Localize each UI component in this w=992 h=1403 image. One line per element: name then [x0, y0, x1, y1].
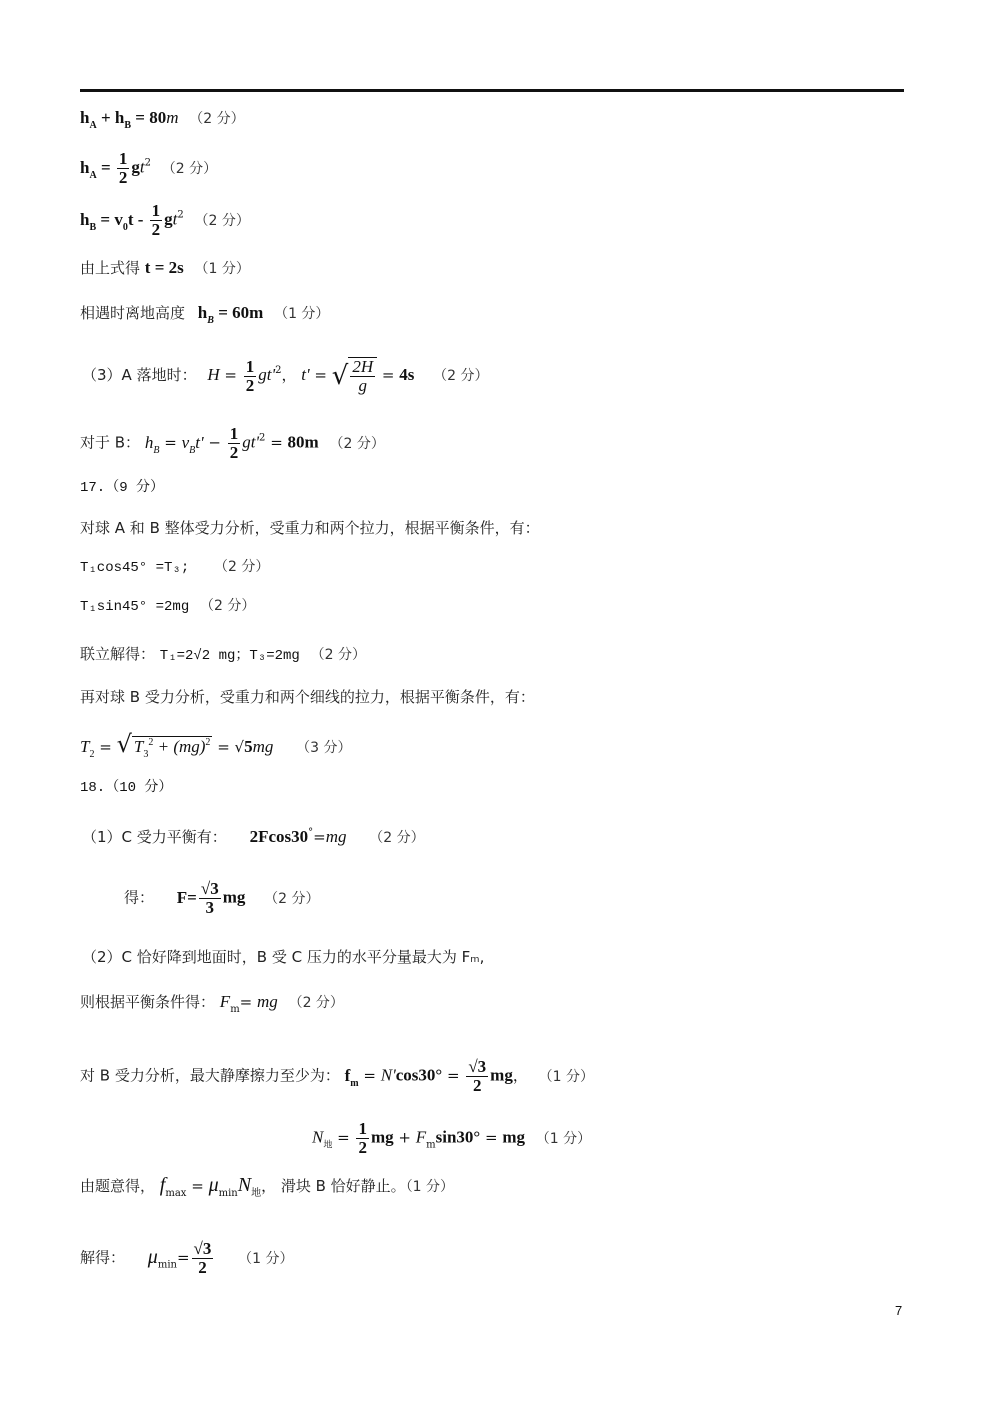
equation-line-20: 对 B 受力分析，最大静摩擦力至少为： fm = N'cos30° = √32m…	[80, 1058, 594, 1095]
text: 由上式得	[80, 259, 140, 277]
text: 由题意得，	[80, 1177, 155, 1195]
equation-line-16: （1）C 受力平衡有： 2Fcos30°=mg （2 分）	[82, 823, 425, 848]
equation-line-12: 联立解得： T₁=2√2 mg；T₃=2mg （2 分）	[80, 644, 366, 666]
score: （2 分）	[289, 995, 344, 1011]
analysis-text: （2）C 恰好降到地面时，B 受 C 压力的水平分量最大为 Fₘ,	[82, 947, 484, 967]
text: 滑块 B 恰好静止。	[281, 1177, 406, 1195]
equation: T₁cos45° =T₃;	[80, 560, 189, 576]
equation-line-19: 则根据平衡条件得： Fm= mg （2 分）	[80, 992, 344, 1020]
equation-line-5: 相遇时离地高度 hB = 60m （1 分）	[80, 303, 329, 331]
page-number: 7	[895, 1303, 902, 1318]
equation-line-21: N地 = 12mg + Fmsin30° = mg （1 分）	[312, 1120, 591, 1157]
score: （2 分）	[162, 161, 217, 177]
equation-line-11: T₁sin45° =2mg （2 分）	[80, 595, 255, 617]
score: （1 分）	[536, 1131, 591, 1147]
score: （2 分）	[214, 559, 269, 575]
score: （2 分）	[311, 647, 366, 663]
equation-line-1: hA + hB = 80m （2 分）	[80, 108, 245, 136]
score: （1 分）	[195, 261, 250, 277]
score: （1 分）	[274, 306, 329, 322]
score: （2 分）	[200, 598, 255, 614]
text: 相遇时离地高度	[80, 304, 185, 322]
score: （2 分）	[264, 891, 319, 907]
text: 联立解得：	[80, 645, 155, 663]
score: （1 分）	[539, 1069, 594, 1085]
equation-line-4: 由上式得 t = 2s （1 分）	[80, 258, 250, 279]
text: 对于 B：	[80, 434, 140, 452]
score: （3 分）	[296, 740, 351, 756]
equation: T₁=2√2 mg；T₃=2mg	[160, 648, 300, 664]
equation-line-22: 由题意得， fmax = μminN地， 滑块 B 恰好静止。（1 分）	[80, 1175, 454, 1204]
text: （3）A 落地时：	[82, 366, 197, 384]
score: （2 分）	[433, 368, 488, 384]
equation-line-14: T2 = √T32 + (mg)2 = √5mg （3 分）	[80, 733, 352, 765]
equation-line-10: T₁cos45° =T₃; （2 分）	[80, 556, 269, 578]
header-rule	[80, 89, 904, 92]
score: （2 分）	[369, 830, 424, 846]
equation-line-17: 得： F=√33mg （2 分）	[124, 880, 320, 917]
question-18-header: 18.（10 分）	[80, 778, 172, 798]
equation-line-7: 对于 B： hB = vBt' − 12gt'2 = 80m （2 分）	[80, 425, 385, 462]
score: （2 分）	[189, 111, 244, 127]
text: 解得：	[80, 1249, 125, 1267]
text: （1）C 受力平衡有：	[82, 828, 227, 846]
sqrt: √2Hg	[332, 357, 377, 395]
question-17-header: 17.（9 分）	[80, 478, 164, 498]
equation-line-3: hB = v0t - 12gt2 （2 分）	[80, 202, 250, 239]
text: 得：	[124, 889, 154, 907]
score: （2 分）	[329, 436, 384, 452]
score: （2 分）	[195, 213, 250, 229]
equation-line-6: （3）A 落地时： H = 12gt'2， t' = √2Hg = 4s （2 …	[82, 357, 488, 395]
analysis-text: 再对球 B 受力分析，受重力和两个细线的拉力，根据平衡条件，有：	[80, 687, 535, 707]
score: （1 分）	[238, 1251, 293, 1267]
equation-line-2: hA = 12gt2 （2 分）	[80, 150, 217, 187]
equation-line-23: 解得： μmin=√32 （1 分）	[80, 1240, 294, 1277]
text: 对 B 受力分析，最大静摩擦力至少为：	[80, 1067, 340, 1085]
score: （1 分）	[406, 1179, 454, 1195]
analysis-text: 对球 A 和 B 整体受力分析，受重力和两个拉力，根据平衡条件，有：	[80, 518, 540, 538]
text: 则根据平衡条件得：	[80, 993, 215, 1011]
equation: T₁sin45° =2mg	[80, 599, 189, 615]
